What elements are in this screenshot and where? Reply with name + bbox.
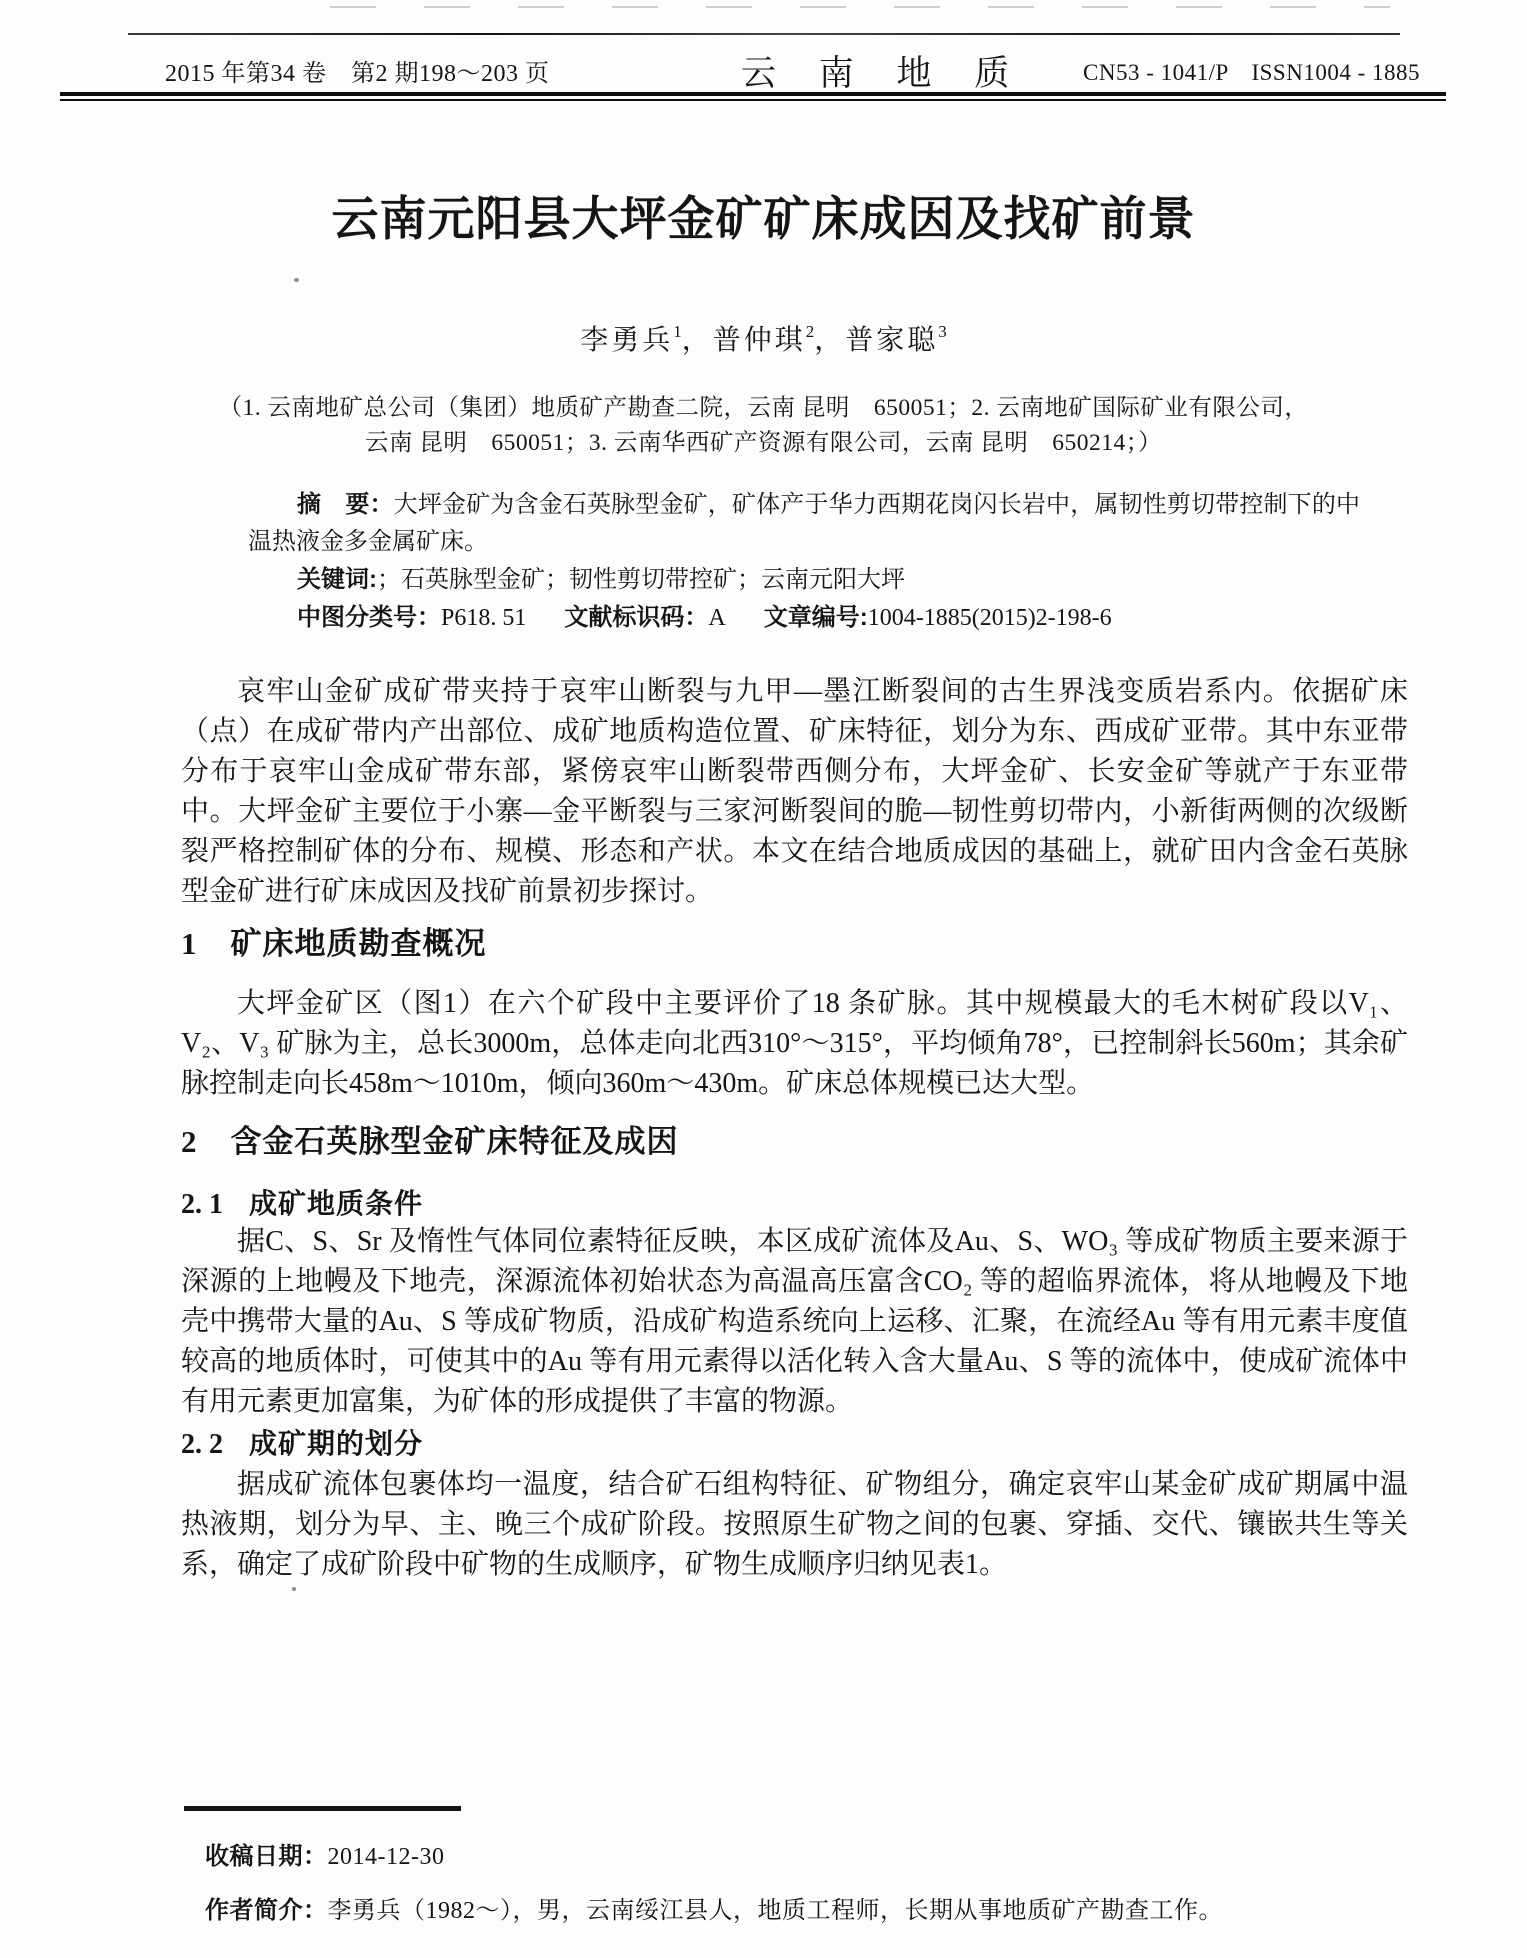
header-issn-info: CN53 - 1041/P ISSN1004 - 1885	[1083, 54, 1420, 87]
subsection-paragraph: 据成矿流体包裹体均一温度，结合矿石组构特征、矿物组分，确定哀牢山某金矿成矿期属中…	[181, 1465, 1408, 1585]
journal-page: 2015 年第34 卷 第2 期198～203 页 云 南 地 质 CN53 -…	[0, 0, 1527, 1958]
section-heading: 1矿床地质勘查概况	[181, 926, 487, 962]
abstract-block: 摘 要：大坪金矿为含金石英脉型金矿，矿体产于华力西期花岗闪长岩中，属韧性剪切带控…	[248, 486, 1360, 637]
authors-line: 李勇兵1，普仲琪2，普家聪3	[0, 318, 1527, 358]
section-heading: 2含金石英脉型金矿床特征及成因	[181, 1124, 679, 1160]
author-bio-text: 李勇兵（1982～），男，云南绥江县人，地质工程师，长期从事地质矿产勘查工作。	[328, 1898, 1224, 1924]
article-id-label: 文章编号:	[764, 604, 868, 631]
journal-name: 云 南 地 质	[741, 46, 1026, 96]
keywords-text: ；石英脉型金矿；韧性剪切带控矿；云南元阳大坪	[377, 567, 905, 593]
scan-noise-line	[330, 6, 1390, 8]
subsection-heading: 2. 1成矿地质条件	[181, 1188, 423, 1221]
affiliation-line: 云南 昆明 650051；3. 云南华西矿产资源有限公司，云南 昆明 65021…	[0, 426, 1527, 461]
scan-speck	[292, 1587, 296, 1591]
subsection-title: 成矿地质条件	[249, 1188, 423, 1219]
affiliations-block: （1. 云南地矿总公司（集团）地质矿产勘查二院，云南 昆明 650051；2. …	[0, 391, 1527, 461]
abstract-label: 摘 要：	[297, 491, 394, 518]
keywords-line: 关键词:；石英脉型金矿；韧性剪切带控矿；云南元阳大坪	[248, 561, 1360, 599]
doc-code-value: A	[708, 605, 725, 631]
section-title: 含金石英脉型金矿床特征及成因	[231, 1124, 679, 1159]
clc-value: P618. 51	[441, 605, 526, 631]
author-bio-label: 作者简介：	[205, 1897, 328, 1924]
received-date-line: 收稿日期：2014-12-30	[205, 1836, 444, 1871]
author-separator: ，	[682, 325, 713, 356]
author-superscript: 1	[673, 322, 682, 341]
abstract-paragraph: 摘 要：大坪金矿为含金石英脉型金矿，矿体产于华力西期花岗闪长岩中，属韧性剪切带控…	[248, 486, 1360, 561]
article-id-value: 1004-1885(2015)2-198-6	[868, 605, 1112, 631]
section-paragraph: 大坪金矿区（图1）在六个矿段中主要评价了18 条矿脉。其中规模最大的毛木树矿段以…	[181, 984, 1408, 1104]
section-number: 2	[181, 1124, 197, 1159]
author-superscript: 2	[806, 322, 815, 341]
author-name: 普家聪	[845, 325, 938, 356]
subsection-title: 成矿期的划分	[249, 1428, 423, 1459]
received-date-label: 收稿日期：	[205, 1843, 328, 1870]
subsection-number: 2. 1	[181, 1189, 223, 1220]
subsection-number: 2. 2	[181, 1429, 223, 1460]
clc-label: 中图分类号：	[297, 604, 441, 631]
page-header: 2015 年第34 卷 第2 期198～203 页 云 南 地 质 CN53 -…	[165, 46, 1420, 90]
scan-artifact-line	[128, 33, 1400, 35]
section-number: 1	[181, 926, 197, 961]
author-separator: ，	[814, 325, 845, 356]
subsection-paragraph: 据C、S、Sr 及惰性气体同位素特征反映，本区成矿流体及Au、S、WO₃ 等成矿…	[181, 1222, 1408, 1422]
header-double-rule	[60, 92, 1446, 101]
section-title: 矿床地质勘查概况	[231, 926, 487, 961]
subsection-heading: 2. 2成矿期的划分	[181, 1428, 423, 1461]
doc-code-label: 文献标识码：	[564, 604, 708, 631]
intro-paragraph: 哀牢山金矿成矿带夹持于哀牢山断裂与九甲—墨江断裂间的古生界浅变质岩系内。依据矿床…	[181, 672, 1408, 912]
article-title: 云南元阳县大坪金矿矿床成因及找矿前景	[0, 182, 1527, 249]
author-superscript: 3	[938, 322, 947, 341]
abstract-text: 大坪金矿为含金石英脉型金矿，矿体产于华力西期花岗闪长岩中，属韧性剪切带控制下的中…	[248, 492, 1360, 555]
keywords-label: 关键词:	[297, 566, 377, 593]
author-bio-line: 作者简介：李勇兵（1982～），男，云南绥江县人，地质工程师，长期从事地质矿产勘…	[205, 1890, 1223, 1925]
author-name: 李勇兵	[580, 325, 673, 356]
footnote-rule	[184, 1806, 461, 1811]
classification-line: 中图分类号：P618. 51文献标识码：A文章编号:1004-1885(2015…	[248, 599, 1360, 637]
header-issue-info: 2015 年第34 卷 第2 期198～203 页	[165, 53, 550, 88]
scan-speck	[294, 278, 299, 282]
author-name: 普仲琪	[713, 325, 806, 356]
received-date-value: 2014-12-30	[328, 1844, 445, 1870]
affiliation-line: （1. 云南地矿总公司（集团）地质矿产勘查二院，云南 昆明 650051；2. …	[0, 391, 1527, 426]
